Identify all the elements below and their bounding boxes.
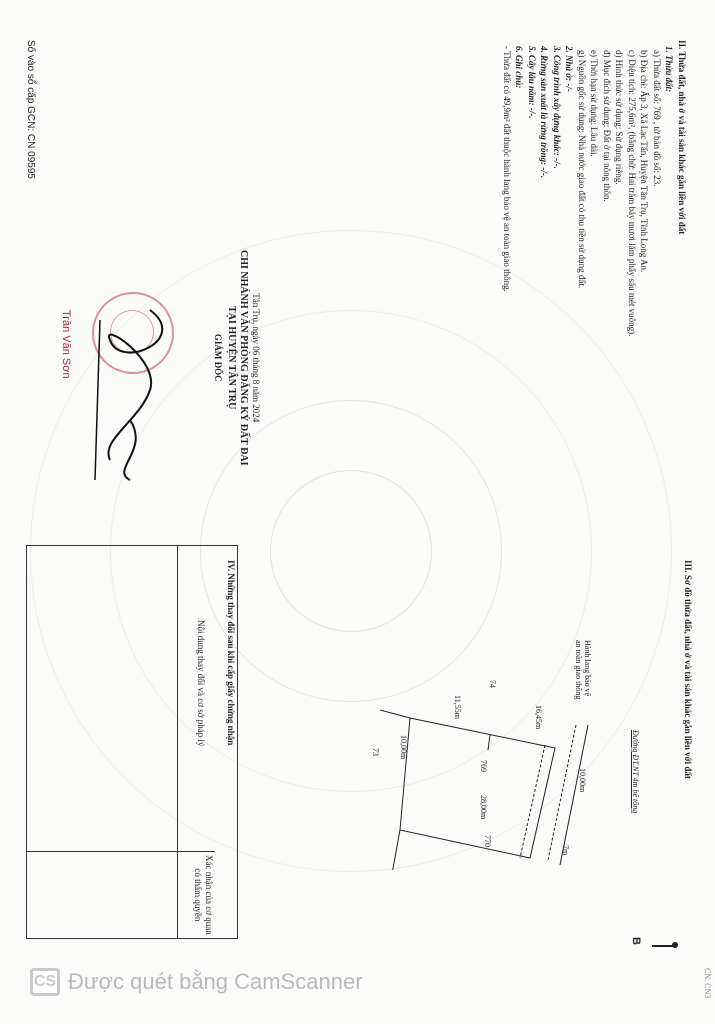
item-notes: 6. Ghi chú: (513, 40, 526, 336)
signer-name: Trần Văn Sơn (60, 310, 72, 379)
watermark-ring (270, 470, 432, 632)
section-ii-title: II. Thửa đất, nhà ở và tài sản khác gắn … (676, 40, 689, 336)
road-label: Đường ĐT.NT 4m bê tông (631, 730, 640, 813)
item-perennial: 5. Cây lâu năm: -/-. (526, 40, 539, 336)
column-confirmation-line-2: có thẩm quyền (192, 855, 203, 935)
dim-north-east: 16,45m (534, 705, 543, 729)
dim-road-width: 10,00m (578, 768, 587, 792)
signer-role: GIÁM ĐỐC (212, 250, 225, 465)
dim-corridor: 7m (561, 845, 570, 855)
column-confirmation-line-1: Xác nhận của cơ quan (203, 855, 214, 935)
table-header-divider (177, 546, 178, 938)
north-arrow-dot (672, 942, 678, 948)
parcel-770: 770 (483, 835, 492, 847)
place-date: Tân Trụ, ngày 06 tháng 8 năm 2024 (250, 250, 263, 465)
signature-scribble (80, 300, 200, 490)
parcel-line: đ) Mục đích sử dụng: Đất ở tại nông thôn… (601, 50, 614, 336)
org-line-1: CHI NHÁNH VĂN PHÒNG ĐĂNG KÝ ĐẤT ĐAI (237, 250, 250, 465)
column-changes: Nội dung thay đổi và cơ sở pháp lý (196, 620, 206, 747)
registry-number: Số vào sổ cấp GCN: CN 09595 (25, 40, 36, 179)
corridor-label-1: Hành lang bảo vệ (583, 640, 592, 696)
camscanner-logo-icon: CS (30, 968, 60, 996)
parcel-73: 73 (371, 748, 380, 756)
parcel-heading: 1. Thửa đất: (663, 40, 676, 336)
north-arrow (652, 945, 674, 947)
section-iii-title: III. Sơ đồ thửa đất, nhà ở và tài sản kh… (683, 560, 693, 779)
parcel-line: g) Nguồn gốc sử dụng: Nhà nước giao đất … (576, 50, 589, 336)
dim-south: 28,00m (479, 795, 488, 819)
item-other-works: 3. Công trình xây dựng khác: -/-. (551, 40, 564, 336)
parcel-line: a) Thửa đất số: 769 , tờ bản đồ số: 23. (651, 50, 664, 336)
parcel-line: c) Diện tích: 275,6m², (bằng chữ: Hai tr… (626, 50, 639, 336)
camscanner-watermark: CS Được quét bằng CamScanner (30, 968, 363, 996)
signature-block: Tân Trụ, ngày 06 tháng 8 năm 2024 CHI NH… (212, 250, 262, 465)
dim-west: 10,00m (399, 735, 408, 759)
parcel-line: b) Địa chỉ: Ấp 3, Xã Lạc Tấn, Huyện Tân … (638, 50, 651, 336)
dim-north-west: 11,55m (453, 695, 462, 719)
section-iv-title: IV. Những thay đổi sau khi cấp giấy chứn… (226, 560, 236, 745)
parcel-line: e) Thời hạn sử dụng: Lâu dài. (588, 50, 601, 336)
parcel-769: 769 (479, 760, 488, 772)
table-column-divider (27, 851, 215, 852)
parcel-line: d) Hình thức sử dụng: Sử dụng riêng. (613, 50, 626, 336)
corner-note: CN. CN3 (703, 968, 712, 998)
item-house: 2. Nhà ở: -/- (563, 40, 576, 336)
item-forest: 4. Rừng sản xuất là rừng trồng: -/-. (538, 40, 551, 336)
note-text: - Thửa đất có 49,9m² đất thuộc hành lang… (501, 40, 514, 336)
column-confirmation: Xác nhận của cơ quan có thẩm quyền (192, 855, 214, 935)
section-land-parcel-info: II. Thửa đất, nhà ở và tài sản khác gắn … (501, 40, 689, 336)
corridor-label-2: an toàn giao thông (574, 640, 583, 699)
org-line-2: TẠI HUYỆN TÂN TRỤ (225, 250, 238, 465)
parcel-74: 74 (488, 680, 497, 688)
north-arrow-label: B (630, 937, 642, 945)
camscanner-text: Được quét bằng CamScanner (68, 969, 363, 995)
